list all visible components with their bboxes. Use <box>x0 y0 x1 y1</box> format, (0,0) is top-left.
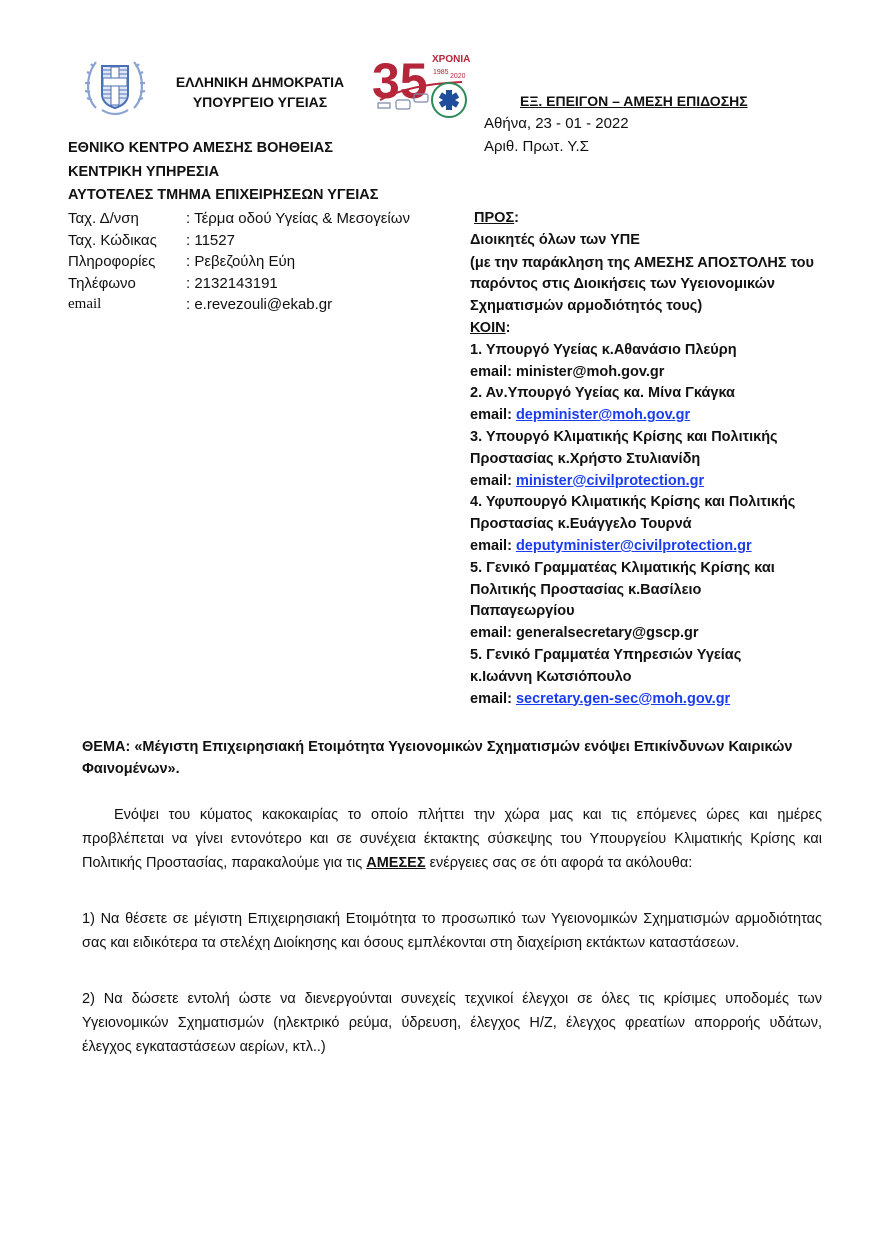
cc-name: 4. Υφυπουργό Κλιματικής Κρίσης και Πολιτ… <box>470 492 850 514</box>
cc-item: 5. Γενικό Γραμματέας Κλιματικής Κρίσης κ… <box>470 558 850 645</box>
to-label: ΠΡΟΣ <box>474 210 514 226</box>
cc-item: 5. Γενικό Γραμματέα Υπηρεσιών Υγείας κ.Ι… <box>470 645 850 710</box>
cc-email-link[interactable]: secretary.gen-sec@moh.gov.gr <box>516 691 730 707</box>
recipients-block: ΠΡΟΣ: Διοικητές όλων των ΥΠΕ (με την παρ… <box>470 208 850 710</box>
svg-text:1985: 1985 <box>433 69 449 76</box>
email-prefix: email: <box>470 538 516 554</box>
cc-name: 5. Γενικό Γραμματέας Κλιματικής Κρίσης κ… <box>470 558 850 580</box>
email-prefix: email: <box>470 691 516 707</box>
body-paragraph-intro: Ενόψει του κύματος κακοκαιρίας το οποίο … <box>82 803 822 875</box>
contact-email: email : e.revezouli@ekab.gr <box>68 294 410 316</box>
ekab-35-years-logo: 35 ΧΡΟΝΙΑ 1985 2020 <box>370 48 470 120</box>
intro-text-end: ενέργειες σας σε ότι αφορά τα ακόλουθα: <box>426 855 693 871</box>
cc-name: 5. Γενικό Γραμματέα Υπηρεσιών Υγείας <box>470 645 850 667</box>
contact-label: Τηλέφωνο <box>68 273 186 295</box>
email-prefix: email: <box>470 407 516 423</box>
body-paragraph-item-2: 2) Να δώσετε εντολή ώστε να διενεργούντα… <box>82 987 822 1059</box>
ministry-name: ΥΠΟΥΡΓΕΙΟ ΥΓΕΙΑΣ <box>160 92 360 112</box>
to-heading: ΠΡΟΣ: <box>470 208 850 230</box>
cc-email-link[interactable]: minister@civilprotection.gr <box>516 473 704 489</box>
cc-email-line: email: secretary.gen-sec@moh.gov.gr <box>470 689 850 711</box>
cc-email-line: email: depminister@moh.gov.gr <box>470 405 850 427</box>
contact-postcode: Ταχ. Κώδικας : 11527 <box>68 230 410 252</box>
email-prefix: email: <box>470 625 516 641</box>
cc-name: Προστασίας κ.Ευάγγελο Τουρνά <box>470 514 850 536</box>
to-note-line: παρόντος στις Διοικήσεις των Υγειονομικώ… <box>470 274 850 296</box>
email-prefix: email: <box>470 364 516 380</box>
cc-email-link[interactable]: deputyminister@civilprotection.gr <box>516 538 752 554</box>
cc-name: 2. Αν.Υπουργό Υγείας κα. Μίνα Γκάγκα <box>470 383 850 405</box>
government-title: ΕΛΛΗΝΙΚΗ ΔΗΜΟΚΡΑΤΙΑ ΥΠΟΥΡΓΕΙΟ ΥΓΕΙΑΣ <box>160 72 360 112</box>
contact-info-person: Πληροφορίες : Ρεβεζούλη Εύη <box>68 251 410 273</box>
contact-value: : e.revezouli@ekab.gr <box>186 294 332 316</box>
cc-name: Παπαγεωργίου <box>470 601 850 623</box>
contact-value: : Ρεβεζούλη Εύη <box>186 251 295 273</box>
cc-name: 3. Υπουργό Κλιματικής Κρίσης και Πολιτικ… <box>470 427 850 449</box>
contact-phone: Τηλέφωνο : 2132143191 <box>68 273 410 295</box>
contact-value: : Τέρμα οδού Υγείας & Μεσογείων <box>186 208 410 230</box>
subject-line: ΘΕΜΑ: «Μέγιστη Επιχειρησιακή Ετοιμότητα … <box>82 736 822 780</box>
org-line: ΚΕΝΤΡΙΚΗ ΥΠΗΡΕΣΙΑ <box>68 161 378 185</box>
contact-value: : 2132143191 <box>186 273 278 295</box>
contact-label: Ταχ. Κώδικας <box>68 230 186 252</box>
contact-label: email <box>68 294 186 316</box>
greek-coat-of-arms-icon <box>82 50 148 120</box>
contact-address: Ταχ. Δ/νση : Τέρμα οδού Υγείας & Μεσογεί… <box>68 208 410 230</box>
cc-email: generalsecretary@gscp.gr <box>516 625 699 641</box>
cc-name: Προστασίας κ.Χρήστο Στυλιανίδη <box>470 449 850 471</box>
cc-heading: ΚΟΙΝ: <box>470 318 850 340</box>
email-prefix: email: <box>470 473 516 489</box>
org-line: ΑΥΤΟΤΕΛΕΣ ΤΜΗΜΑ ΕΠΙΧΕΙΡΗΣΕΩΝ ΥΓΕΙΑΣ <box>68 184 378 208</box>
cc-name: 1. Υπουργό Υγείας κ.Αθανάσιο Πλεύρη <box>470 340 850 362</box>
body-paragraph-item-1: 1) Να θέσετε σε μέγιστη Επιχειρησιακή Ετ… <box>82 907 822 955</box>
urgency-label: ΕΞ. ΕΠΕΙΓΟΝ – ΑΜΕΣΗ ΕΠΙΔΟΣΗΣ <box>520 93 748 109</box>
cc-item: 2. Αν.Υπουργό Υγείας κα. Μίνα Γκάγκα ema… <box>470 383 850 427</box>
svg-text:ΧΡΟΝΙΑ: ΧΡΟΝΙΑ <box>432 54 470 65</box>
cc-email-line: email: minister@civilprotection.gr <box>470 471 850 493</box>
contact-details: Ταχ. Δ/νση : Τέρμα οδού Υγείας & Μεσογεί… <box>68 208 410 316</box>
svg-text:2020: 2020 <box>450 73 466 80</box>
cc-email-line: email: generalsecretary@gscp.gr <box>470 623 850 645</box>
republic-name: ΕΛΛΗΝΙΚΗ ΔΗΜΟΚΡΑΤΙΑ <box>160 72 360 92</box>
to-note-line: Σχηματισμών αρμοδιότητός τους) <box>470 296 850 318</box>
org-line: ΕΘΝΙΚΟ ΚΕΝΤΡΟ ΑΜΕΣΗΣ ΒΟΗΘΕΙΑΣ <box>68 137 378 161</box>
to-recipient: Διοικητές όλων των ΥΠΕ <box>470 230 850 252</box>
emphasis-immediate: ΑΜΕΣΕΣ <box>366 855 425 871</box>
cc-item: 4. Υφυπουργό Κλιματικής Κρίσης και Πολιτ… <box>470 492 850 557</box>
sender-organization: ΕΘΝΙΚΟ ΚΕΝΤΡΟ ΑΜΕΣΗΣ ΒΟΗΘΕΙΑΣ ΚΕΝΤΡΙΚΗ Υ… <box>68 137 378 208</box>
cc-email-line: email: minister@moh.gov.gr <box>470 362 850 384</box>
cc-label: ΚΟΙΝ <box>470 320 506 336</box>
contact-value: : 11527 <box>186 230 235 252</box>
contact-label: Ταχ. Δ/νση <box>68 208 186 230</box>
cc-item: 3. Υπουργό Κλιματικής Κρίσης και Πολιτικ… <box>470 427 850 492</box>
cc-email-link[interactable]: depminister@moh.gov.gr <box>516 407 690 423</box>
to-note: (με την παράκληση της ΑΜΕΣΗΣ ΑΠΟΣΤΟΛΗΣ τ… <box>470 253 850 318</box>
cc-email: minister@moh.gov.gr <box>516 364 664 380</box>
contact-label: Πληροφορίες <box>68 251 186 273</box>
cc-email-line: email: deputyminister@civilprotection.gr <box>470 536 850 558</box>
document-date: Αθήνα, 23 - 01 - 2022 <box>484 115 629 132</box>
cc-name: Πολιτικής Προστασίας κ.Βασίλειο <box>470 580 850 602</box>
cc-item: 1. Υπουργό Υγείας κ.Αθανάσιο Πλεύρη emai… <box>470 340 850 384</box>
cc-name: κ.Ιωάννη Κωτσιόπουλο <box>470 667 850 689</box>
to-note-line: (με την παράκληση της ΑΜΕΣΗΣ ΑΠΟΣΤΟΛΗΣ τ… <box>470 253 850 275</box>
protocol-number: Αριθ. Πρωτ. Υ.Σ <box>484 138 589 155</box>
